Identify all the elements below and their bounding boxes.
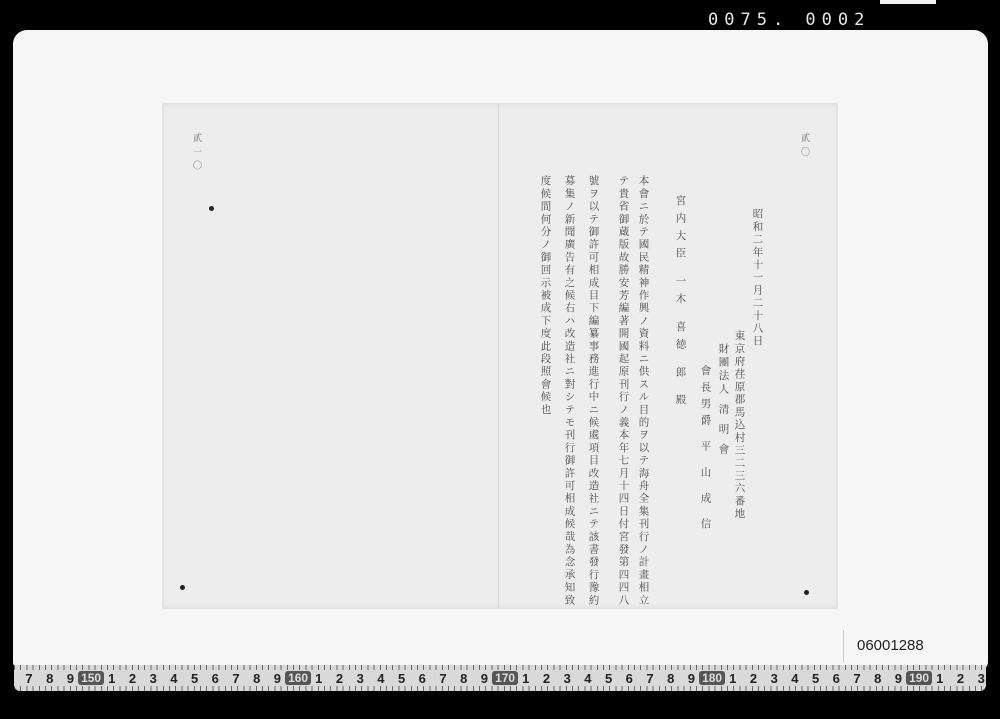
binding-hole-mark xyxy=(209,206,214,211)
ruler-label: 1 xyxy=(933,671,947,686)
ruler-label: 4 xyxy=(581,671,595,686)
catalog-id: 06001288 xyxy=(857,637,924,654)
ruler-major-label: 150 xyxy=(78,671,104,685)
ruler-label: 6 xyxy=(622,671,636,686)
ruler-label: 4 xyxy=(374,671,388,686)
ruler-label: 5 xyxy=(602,671,616,686)
ruler-label: 4 xyxy=(167,671,181,686)
ruler-label: 1 xyxy=(519,671,533,686)
ruler-label: 8 xyxy=(43,671,57,686)
ruler-ticks xyxy=(14,686,986,691)
ruler-label: 7 xyxy=(22,671,36,686)
ruler-major-label: 190 xyxy=(906,671,932,685)
addressee: 宮内大臣 一木 喜徳 郎 殿 xyxy=(675,195,686,411)
ruler-label: 5 xyxy=(809,671,823,686)
ruler-label: 2 xyxy=(333,671,347,686)
ruler-label: 3 xyxy=(767,671,781,686)
ruler-label: 1 xyxy=(105,671,119,686)
ruler-label: 9 xyxy=(891,671,905,686)
ruler-label: 2 xyxy=(126,671,140,686)
ruler-label: 9 xyxy=(63,671,77,686)
ruler-label: 6 xyxy=(415,671,429,686)
ruler-label: 2 xyxy=(954,671,968,686)
ruler-label: 7 xyxy=(850,671,864,686)
ruler-label: 8 xyxy=(871,671,885,686)
ruler-major-label: 170 xyxy=(492,671,518,685)
ruler-label: 1 xyxy=(312,671,326,686)
ruler-label: 9 xyxy=(684,671,698,686)
ruler-label: 7 xyxy=(643,671,657,686)
ruler-label: 1 xyxy=(726,671,740,686)
body-line-1: 本會ニ於テ國民精神作興ノ資料ニ供スル目的ヲ以テ海舟全集刊行ノ計畫相立 xyxy=(638,175,649,607)
sender-name: 會長男爵 平 山 成 信 xyxy=(700,365,711,534)
ruler-label: 9 xyxy=(270,671,284,686)
ruler-label: 5 xyxy=(395,671,409,686)
measurement-ruler: 7891501234567891601234567891701234567891… xyxy=(14,665,986,691)
frame-counter: 0075. 0002 xyxy=(708,10,870,30)
ruler-label: 3 xyxy=(146,671,160,686)
binding-hole-mark xyxy=(804,590,809,595)
ruler-label: 9 xyxy=(477,671,491,686)
ruler-label: 6 xyxy=(208,671,222,686)
ruler-label: 3 xyxy=(353,671,367,686)
ruler-label: 8 xyxy=(457,671,471,686)
ruler-labels: 7891501234567891601234567891701234567891… xyxy=(14,671,986,686)
body-line-4: 募集ノ新聞廣告有之候右ハ改造社ニ對シテモ刊行御許可相成候哉為念承知致 xyxy=(564,175,575,607)
ruler-major-label: 160 xyxy=(285,671,311,685)
ruler-label: 2 xyxy=(540,671,554,686)
ruler-label: 7 xyxy=(436,671,450,686)
ruler-label: 7 xyxy=(229,671,243,686)
ruler-label: 3 xyxy=(974,671,986,686)
ruler-label: 3 xyxy=(560,671,574,686)
sender-address: 東京府荏原郡馬込村三二三六番地 xyxy=(734,330,745,521)
ruler-major-label: 180 xyxy=(699,671,725,685)
body-line-5: 度候間何分ノ御回示被成下度此段照會候也 xyxy=(540,175,551,416)
ruler-label: 8 xyxy=(250,671,264,686)
ruler-label: 4 xyxy=(788,671,802,686)
date-line: 昭和二年十一月二十八日 xyxy=(752,208,763,348)
ruler-label: 2 xyxy=(747,671,761,686)
sender-organization: 財團法人 清 明 會 xyxy=(718,343,729,457)
page-fold-line xyxy=(498,103,499,609)
ruler-label: 5 xyxy=(188,671,202,686)
frame-tab xyxy=(880,0,936,4)
right-margin-marks: 貳 〇 xyxy=(798,133,811,157)
left-margin-marks: 貳 一 〇 xyxy=(190,133,203,171)
ruler-ticks xyxy=(14,665,986,670)
ruler-label: 8 xyxy=(664,671,678,686)
body-line-3: 號ヲ以テ御許可相成目下編纂事務進行中ニ候處項目改造社ニテ該書發行豫約 xyxy=(588,175,599,607)
binding-hole-mark xyxy=(180,585,185,590)
body-line-2: テ貴省御蔵版故勝安芳編著開國起原刊行ノ義本年七月十四日付宮發第四四八 xyxy=(618,175,629,607)
ruler-label: 6 xyxy=(829,671,843,686)
